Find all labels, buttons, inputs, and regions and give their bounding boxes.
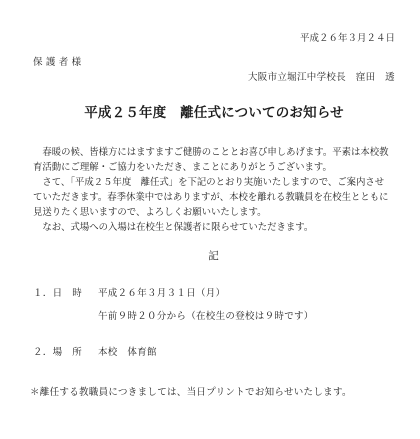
record-marker: 記 — [33, 250, 395, 263]
notice-document: 平成２６年３月２４日 保 護 者 様 大阪市立堀江中学校長 窪田 透 平成２５年… — [0, 0, 420, 439]
item-place-label: ２．場 所 — [33, 347, 98, 360]
item-datetime-value: 平成２６年３月３１日（月） — [98, 288, 395, 301]
body-text: 春暖の候、皆様方にはますますご健勝のこととお喜び申しあげます。平素は本校教育活動… — [33, 146, 393, 236]
recipient-line: 保 護 者 様 — [33, 57, 395, 70]
footnote: ＊離任する教職員につきましては、当日プリントでお知らせいたします。 — [30, 387, 395, 400]
document-date: 平成２６年３月２４日 — [33, 33, 395, 46]
paragraph-greeting: 春暖の候、皆様方にはますますご健勝のこととお喜び申しあげます。平素は本校教育活動… — [33, 146, 393, 176]
document-title: 平成２５年度 離任式についてのお知らせ — [33, 104, 395, 122]
item-place-value: 本校 体育館 — [98, 347, 395, 360]
sender-line: 大阪市立堀江中学校長 窪田 透 — [33, 72, 395, 85]
item-place: ２．場 所 本校 体育館 — [33, 347, 395, 360]
paragraph-announcement: さて、「平成２５年度 離任式」を下記のとおり実施いたしますので、ご案内させていた… — [33, 176, 393, 221]
item-datetime-time-detail: 午前９時２０分から（在校生の登校は９時です） — [98, 311, 395, 324]
item-datetime-label: １．日 時 — [33, 288, 98, 301]
paragraph-admission-note: なお、式場への入場は在校生と保護者に限らせていただきます。 — [33, 221, 393, 236]
item-datetime: １．日 時 平成２６年３月３１日（月） — [33, 288, 395, 301]
